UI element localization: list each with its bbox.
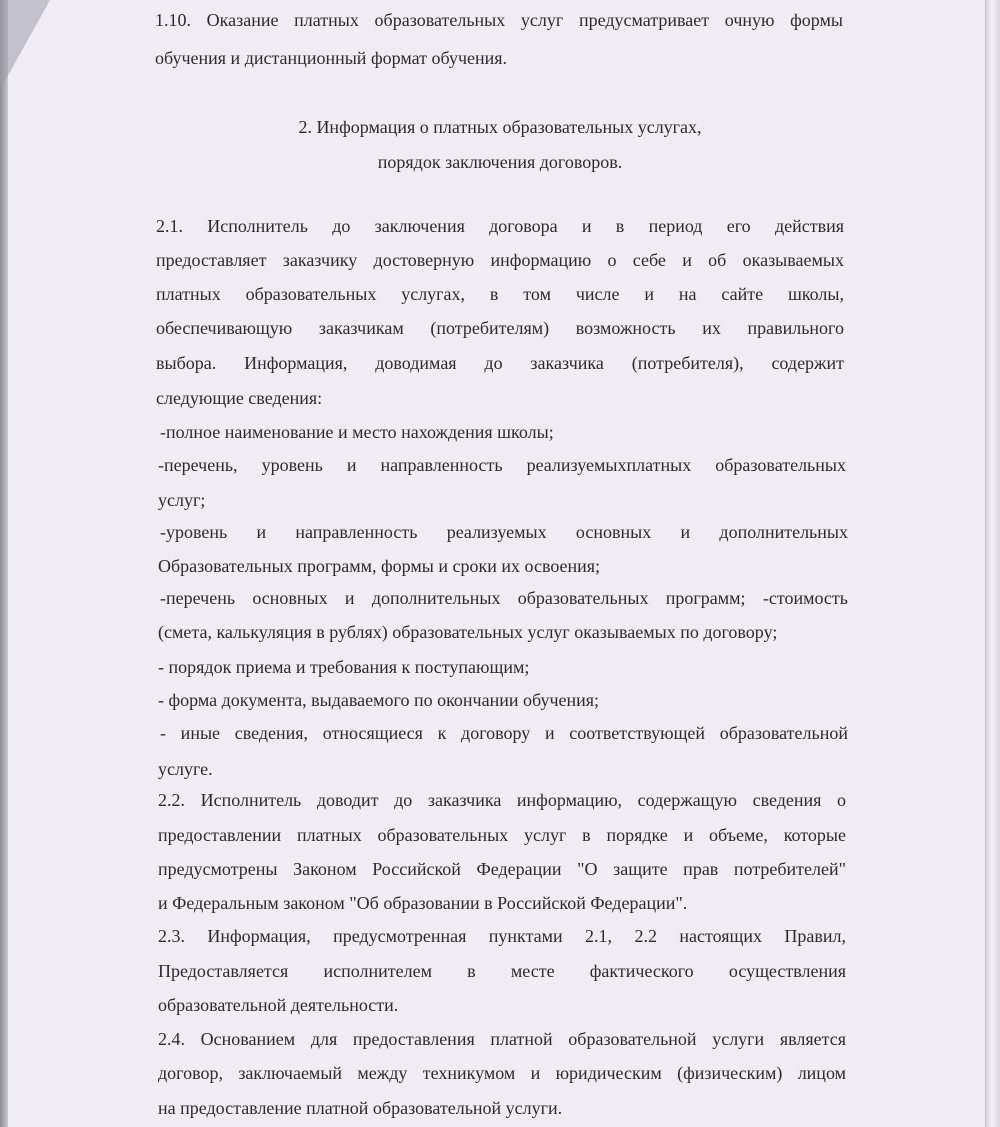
section-2-1-line: платных образовательных услугах, в том ч…	[156, 283, 844, 305]
list-item: - иные сведения, относящиеся к договору …	[160, 722, 848, 744]
section-2-1-line: предоставляет заказчику достоверную инфо…	[156, 249, 844, 271]
section-2-4-line: 2.4. Основанием для предоставления платн…	[158, 1028, 846, 1050]
list-item: -перечень основных и дополнительных обра…	[160, 587, 848, 609]
section-1-10-line: обучения и дистанционный формат обучения…	[155, 47, 507, 69]
section-2-3-line: 2.3. Информация, предусмотренная пунктам…	[158, 925, 846, 947]
list-item: -перечень, уровень и направленность реал…	[158, 454, 846, 476]
section-2-3-line: Предоставляется исполнителем в месте фак…	[158, 960, 846, 982]
list-item: - порядок приема и требования к поступаю…	[158, 656, 529, 678]
list-item: -полное наименование и место нахождения …	[160, 421, 554, 443]
list-item: услуге.	[158, 758, 213, 780]
section-2-2-line: предусмотрены Законом Российской Федерац…	[158, 858, 846, 880]
list-item: - форма документа, выдаваемого по оконча…	[158, 689, 599, 711]
section-2-4-line: на предоставление платной образовательно…	[158, 1097, 562, 1119]
section-2-1-line: выбора. Информация, доводимая до заказчи…	[156, 352, 844, 374]
section-2-heading-line: 2. Информация о платных образовательных …	[0, 116, 1000, 138]
section-2-2-line: 2.2. Исполнитель доводит до заказчика ин…	[158, 789, 846, 811]
section-2-2-line: предоставлении платных образовательных у…	[158, 824, 846, 846]
section-2-2-line: и Федеральным законом "Об образовании в …	[158, 892, 687, 914]
list-item: Образовательных программ, формы и сроки …	[158, 555, 600, 577]
list-item: услуг;	[158, 489, 205, 511]
section-2-1-line: 2.1. Исполнитель до заключения договора …	[156, 215, 844, 237]
list-item: (смета, калькуляция в рублях) образовате…	[158, 621, 777, 643]
section-2-1-line: обеспечивающую заказчикам (потребителям)…	[156, 317, 844, 339]
list-item: -уровень и направленность реализуемых ос…	[160, 521, 848, 543]
section-2-4-line: договор, заключаемый между техникумом и …	[158, 1062, 846, 1084]
section-2-1-line: следующие сведения:	[156, 387, 322, 409]
section-1-10-line: 1.10. Оказание платных образовательных у…	[155, 9, 843, 31]
section-2-3-line: образовательной деятельности.	[158, 994, 398, 1016]
section-2-heading-line: порядок заключения договоров.	[0, 151, 1000, 173]
page-corner-fold	[0, 0, 50, 90]
